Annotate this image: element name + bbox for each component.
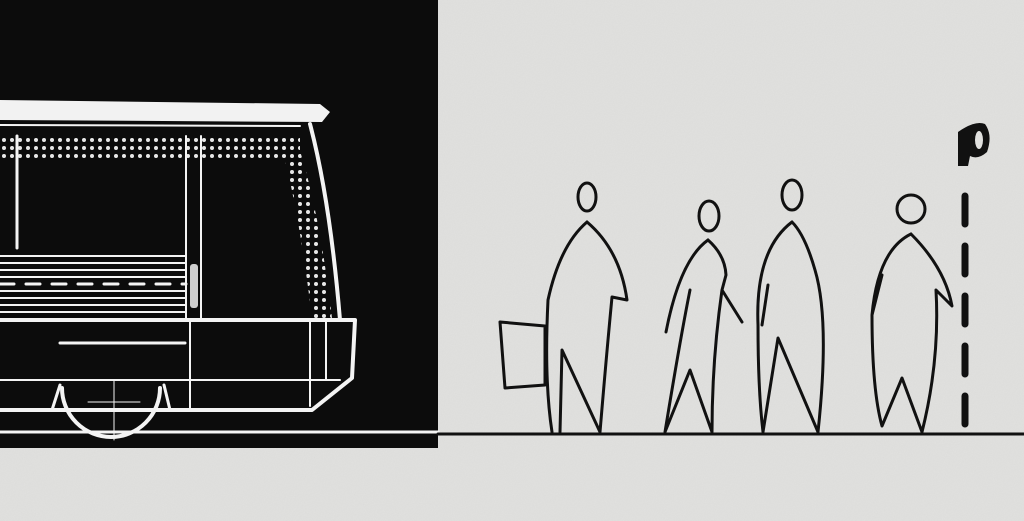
- bus-stop-illustration: [0, 0, 1024, 521]
- roof-trim: [0, 125, 300, 126]
- dotted-window-band: [0, 136, 300, 162]
- door-handle: [190, 264, 198, 308]
- stop-sign-hole: [975, 131, 983, 149]
